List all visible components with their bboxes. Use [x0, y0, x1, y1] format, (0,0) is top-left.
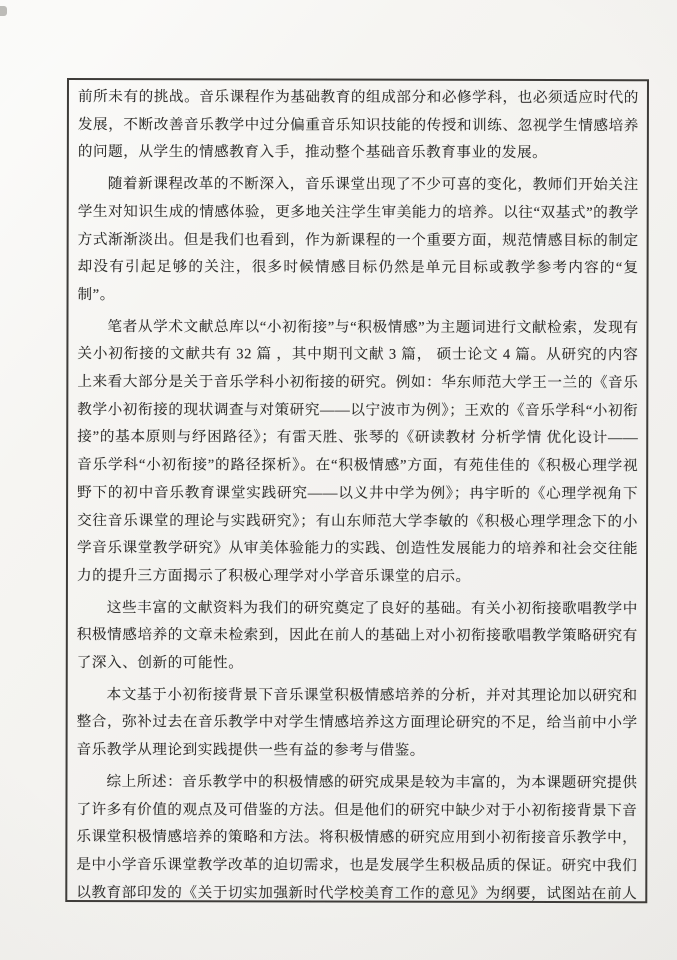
paragraph-thesis-purpose: 本文基于小初衔接背景下音乐课堂积极情感培养的分析，并对其理论加以研究和整合，弥补… [77, 682, 638, 766]
scan-edge-artifact [0, 6, 7, 16]
scanned-document-page: 前所未有的挑战。音乐课程作为基础教育的组成部分和必修学科，也必须适应时代的发展，… [0, 0, 677, 960]
text-frame-border: 前所未有的挑战。音乐课程作为基础教育的组成部分和必修学科，也必须适应时代的发展，… [65, 78, 649, 903]
paragraph-summary: 综上所述：音乐教学中的积极情感的研究成果是较为丰富的，为本课题研究提供了许多有价… [76, 769, 637, 903]
paragraph-curriculum-reform: 随着新课程改革的不断深入，音乐课堂出现了不少可喜的变化，教师们开始关注学生对知识… [78, 171, 639, 311]
paragraph-continuation: 前所未有的挑战。音乐课程作为基础教育的组成部分和必修学科，也必须适应时代的发展，… [78, 84, 639, 168]
paragraph-research-foundation: 这些丰富的文献资料为我们的研究奠定了良好的基础。有关小初衔接歌唱教学中积极情感培… [77, 595, 638, 679]
paragraph-literature-review: 笔者从学术文献总库以“小初衔接”与“积极情感”为主题词进行文献检索，发现有关小初… [77, 314, 639, 592]
